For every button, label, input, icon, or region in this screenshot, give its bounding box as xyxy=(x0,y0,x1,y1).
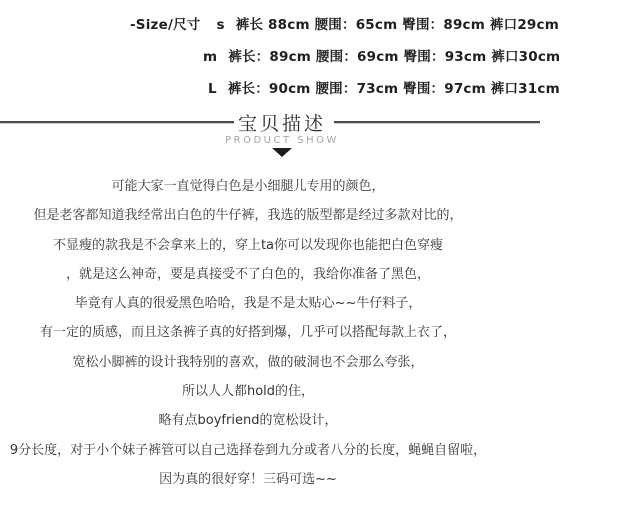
description-line: 因为真的很好穿！三码可选~~ xyxy=(0,465,496,494)
description-line: 有一定的质感，而且这条裤子真的好搭到爆，几乎可以搭配每款上衣了， xyxy=(0,318,496,347)
size-specs: 裤长：89cm 腰围：69cm 臀围：93cm 裤口30cm xyxy=(228,49,560,65)
size-specs: 裤长：90cm 腰围：73cm 臀围：97cm 裤口31cm xyxy=(228,81,560,97)
product-description-page: -Size/尺寸s裤长 88cm 腰围：65cm 臀围：89cm 裤口29cm … xyxy=(0,0,620,532)
description-line: 所以人人都hold的住， xyxy=(0,377,496,406)
size-specs: 裤长 88cm 腰围：65cm 臀围：89cm 裤口29cm xyxy=(236,17,559,33)
description-line: ，就是这么神奇，要是真接受不了白色的，我给你准备了黑色， xyxy=(0,260,496,289)
down-arrow-icon xyxy=(272,148,292,157)
size-letter: L xyxy=(208,81,217,97)
size-row-l: L裤长：90cm 腰围：73cm 臀围：97cm 裤口31cm xyxy=(208,77,560,97)
size-row-s: -Size/尺寸s裤长 88cm 腰围：65cm 臀围：89cm 裤口29cm xyxy=(130,13,559,33)
description-line: 可能大家一直觉得白色是小细腿儿专用的颜色， xyxy=(0,172,496,201)
description-line: 毕竟有人真的很爱黑色哈哈，我是不是太贴心~~牛仔料子， xyxy=(0,289,496,318)
size-letter: m xyxy=(203,49,217,65)
section-subtitle: PRODUCT SHOW xyxy=(212,135,352,146)
description-line: 宽松小脚裤的设计我特别的喜欢，做的破洞也不会那么夸张， xyxy=(0,348,496,377)
description-line: 9分长度，对于小个妹子裤管可以自己选择卷到九分或者八分的长度，蝇蝇自留啦， xyxy=(0,436,496,465)
description-line: 但是老客都知道我经常出白色的牛仔裤，我选的版型都是经过多款对比的， xyxy=(0,201,496,230)
divider-line-right xyxy=(334,121,540,123)
product-description: 可能大家一直觉得白色是小细腿儿专用的颜色， 但是老客都知道我经常出白色的牛仔裤，… xyxy=(0,172,496,494)
description-line: 略有点boyfriend的宽松设计， xyxy=(0,406,496,435)
size-row-m: m裤长：89cm 腰围：69cm 臀围：93cm 裤口30cm xyxy=(203,45,560,65)
section-title: 宝贝描述 xyxy=(232,109,332,136)
size-letter: s xyxy=(217,17,225,33)
size-table-label: -Size/尺寸 xyxy=(130,17,201,33)
divider-line-left xyxy=(0,121,234,123)
description-line: 不显瘦的款我是不会拿来上的，穿上ta你可以发现你也能把白色穿瘦 xyxy=(0,231,496,260)
